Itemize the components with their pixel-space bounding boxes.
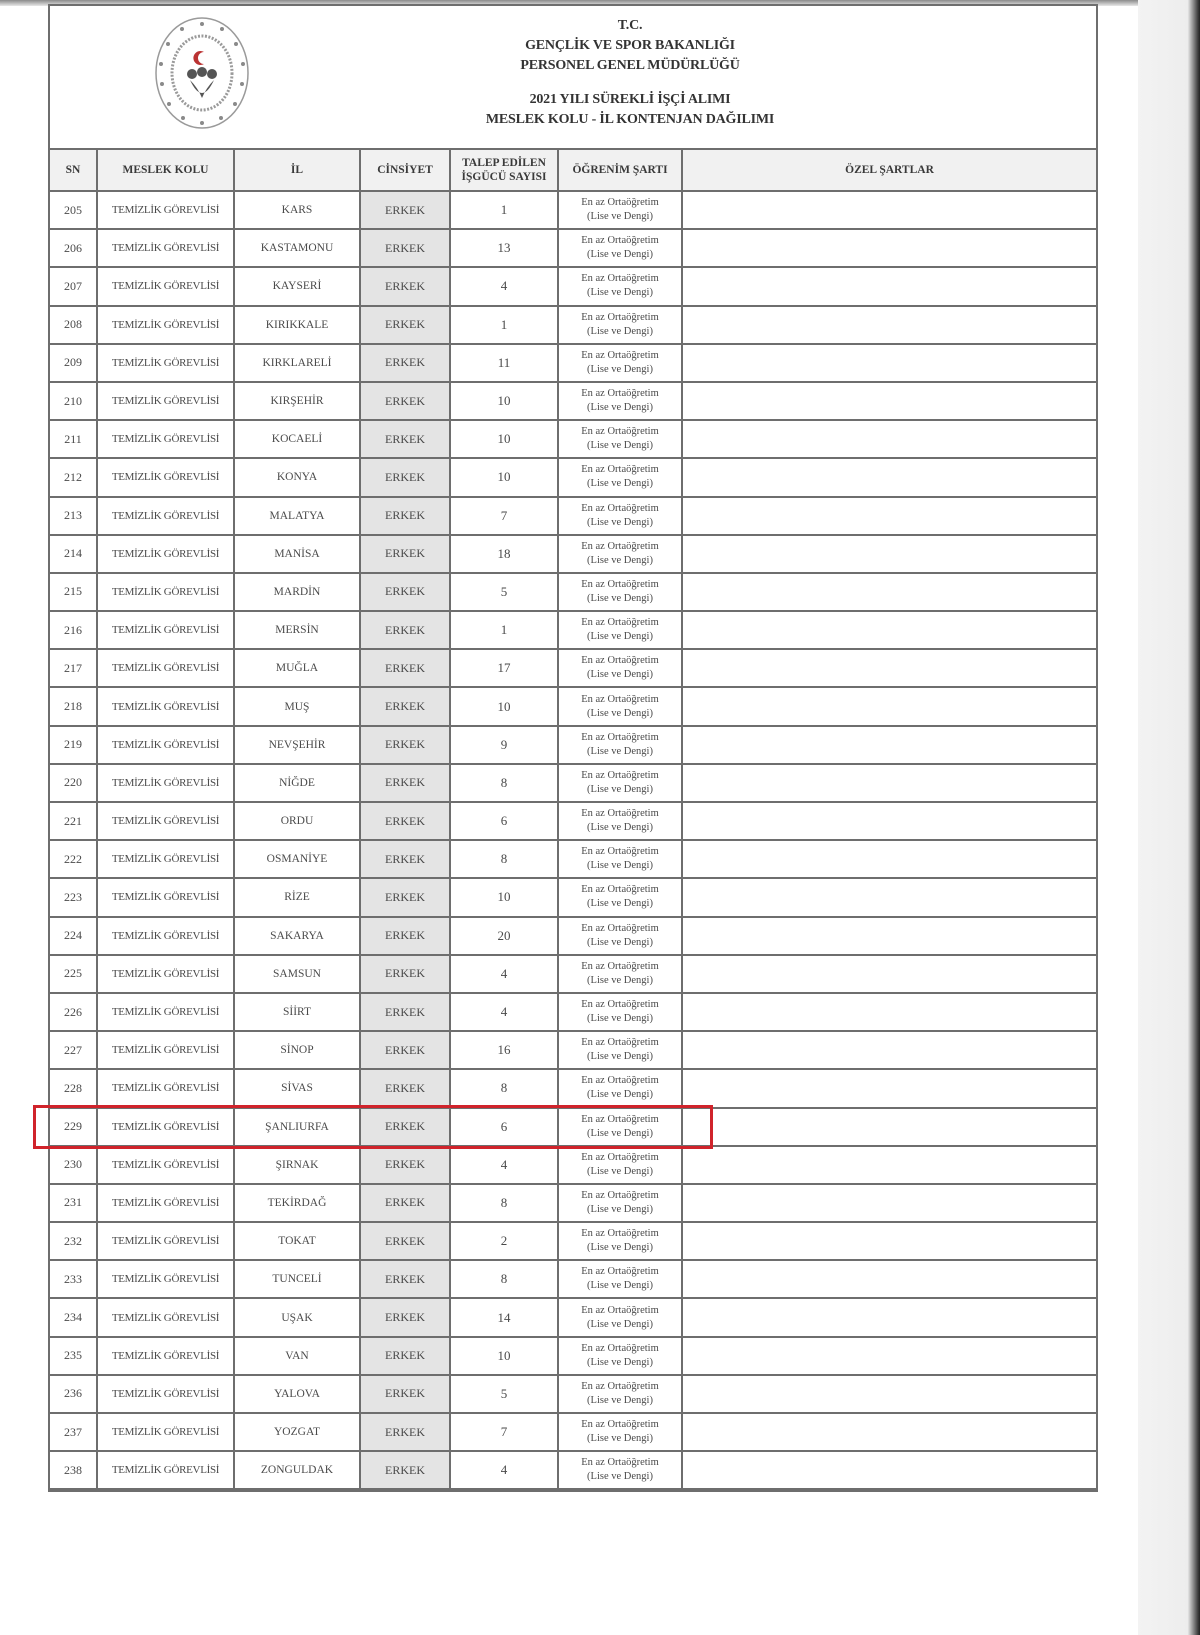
cell-meslek: TEMİZLİK GÖREVLİSİ	[97, 649, 234, 687]
cell-sn: 220	[50, 764, 97, 802]
cell-sn: 218	[50, 687, 97, 725]
cell-meslek: TEMİZLİK GÖREVLİSİ	[97, 191, 234, 229]
table-row: 231TEMİZLİK GÖREVLİSİTEKİRDAĞERKEK8En az…	[50, 1184, 1096, 1222]
cell-ogrenim: En az Ortaöğretim(Lise ve Dengi)	[558, 993, 682, 1031]
col-header-ogrenim: ÖĞRENİM ŞARTI	[558, 150, 682, 191]
cell-il: VAN	[234, 1337, 360, 1375]
cell-cinsiyet: ERKEK	[360, 687, 450, 725]
cell-talep: 20	[450, 917, 558, 955]
cell-ogrenim-line: En az Ortaöğretim	[559, 1113, 681, 1127]
cell-ogrenim-line: En az Ortaöğretim	[559, 1227, 681, 1241]
table-row: 234TEMİZLİK GÖREVLİSİUŞAKERKEK14En az Or…	[50, 1298, 1096, 1336]
cell-ozel	[682, 229, 1096, 267]
cell-ogrenim-line: (Lise ve Dengi)	[559, 821, 681, 835]
table-row: 217TEMİZLİK GÖREVLİSİMUĞLAERKEK17En az O…	[50, 649, 1096, 687]
cell-ozel	[682, 191, 1096, 229]
cell-ozel	[682, 764, 1096, 802]
cell-ozel	[682, 1298, 1096, 1336]
cell-ozel	[682, 1222, 1096, 1260]
cell-ogrenim: En az Ortaöğretim(Lise ve Dengi)	[558, 420, 682, 458]
cell-sn: 219	[50, 726, 97, 764]
cell-cinsiyet: ERKEK	[360, 1451, 450, 1489]
cell-ozel	[682, 1260, 1096, 1298]
cell-ogrenim: En az Ortaöğretim(Lise ve Dengi)	[558, 878, 682, 916]
cell-ogrenim: En az Ortaöğretim(Lise ve Dengi)	[558, 344, 682, 382]
cell-cinsiyet: ERKEK	[360, 802, 450, 840]
cell-ogrenim-line: En az Ortaöğretim	[559, 502, 681, 516]
ministry-seal-icon	[154, 16, 250, 130]
cell-ogrenim-line: (Lise ve Dengi)	[559, 363, 681, 377]
cell-ogrenim-line: (Lise ve Dengi)	[559, 707, 681, 721]
cell-meslek: TEMİZLİK GÖREVLİSİ	[97, 573, 234, 611]
cell-cinsiyet: ERKEK	[360, 840, 450, 878]
cell-ogrenim-line: (Lise ve Dengi)	[559, 783, 681, 797]
cell-ogrenim: En az Ortaöğretim(Lise ve Dengi)	[558, 267, 682, 305]
cell-ozel	[682, 726, 1096, 764]
cell-ozel	[682, 1337, 1096, 1375]
cell-meslek: TEMİZLİK GÖREVLİSİ	[97, 1069, 234, 1107]
cell-sn: 237	[50, 1413, 97, 1451]
cell-ogrenim-line: (Lise ve Dengi)	[559, 477, 681, 491]
cell-meslek: TEMİZLİK GÖREVLİSİ	[97, 1337, 234, 1375]
cell-talep: 7	[450, 1413, 558, 1451]
cell-ogrenim-line: (Lise ve Dengi)	[559, 974, 681, 988]
cell-ogrenim-line: En az Ortaöğretim	[559, 1265, 681, 1279]
col-header-ozel: ÖZEL ŞARTLAR	[682, 150, 1096, 191]
cell-ozel	[682, 382, 1096, 420]
header-line-directorate: PERSONEL GENEL MÜDÜRLÜĞÜ	[430, 56, 830, 76]
table-row: 218TEMİZLİK GÖREVLİSİMUŞERKEK10En az Ort…	[50, 687, 1096, 725]
cell-sn: 211	[50, 420, 97, 458]
cell-ogrenim-line: En az Ortaöğretim	[559, 960, 681, 974]
cell-sn: 212	[50, 458, 97, 496]
table-row: 216TEMİZLİK GÖREVLİSİMERSİNERKEK1En az O…	[50, 611, 1096, 649]
cell-ogrenim-line: (Lise ve Dengi)	[559, 859, 681, 873]
cell-ogrenim: En az Ortaöğretim(Lise ve Dengi)	[558, 1298, 682, 1336]
cell-ogrenim: En az Ortaöğretim(Lise ve Dengi)	[558, 649, 682, 687]
cell-talep: 13	[450, 229, 558, 267]
cell-ozel	[682, 1413, 1096, 1451]
cell-talep: 10	[450, 687, 558, 725]
cell-meslek: TEMİZLİK GÖREVLİSİ	[97, 267, 234, 305]
cell-il: KAYSERİ	[234, 267, 360, 305]
cell-talep: 17	[450, 649, 558, 687]
table-row: 228TEMİZLİK GÖREVLİSİSİVASERKEK8En az Or…	[50, 1069, 1096, 1107]
table-row: 211TEMİZLİK GÖREVLİSİKOCAELİERKEK10En az…	[50, 420, 1096, 458]
header-line-tc: T.C.	[430, 16, 830, 36]
cell-ogrenim-line: (Lise ve Dengi)	[559, 592, 681, 606]
cell-talep: 11	[450, 344, 558, 382]
cell-talep: 1	[450, 191, 558, 229]
cell-meslek: TEMİZLİK GÖREVLİSİ	[97, 1146, 234, 1184]
cell-talep: 4	[450, 267, 558, 305]
cell-ozel	[682, 993, 1096, 1031]
cell-cinsiyet: ERKEK	[360, 420, 450, 458]
cell-ogrenim-line: (Lise ve Dengi)	[559, 1165, 681, 1179]
cell-ozel	[682, 955, 1096, 993]
cell-il: ZONGULDAK	[234, 1451, 360, 1489]
cell-sn: 210	[50, 382, 97, 420]
cell-ogrenim-line: (Lise ve Dengi)	[559, 1088, 681, 1102]
cell-ozel	[682, 1031, 1096, 1069]
cell-sn: 213	[50, 497, 97, 535]
table-row: 207TEMİZLİK GÖREVLİSİKAYSERİERKEK4En az …	[50, 267, 1096, 305]
table-row: 215TEMİZLİK GÖREVLİSİMARDİNERKEK5En az O…	[50, 573, 1096, 611]
table-header-row: SN MESLEK KOLU İL CİNSİYET TALEP EDİLEN …	[50, 150, 1096, 191]
table-row: 236TEMİZLİK GÖREVLİSİYALOVAERKEK5En az O…	[50, 1375, 1096, 1413]
cell-ogrenim: En az Ortaöğretim(Lise ve Dengi)	[558, 1337, 682, 1375]
cell-talep: 7	[450, 497, 558, 535]
cell-il: KONYA	[234, 458, 360, 496]
cell-ogrenim-line: (Lise ve Dengi)	[559, 554, 681, 568]
cell-sn: 225	[50, 955, 97, 993]
cell-ogrenim-line: (Lise ve Dengi)	[559, 1318, 681, 1332]
cell-ogrenim: En az Ortaöğretim(Lise ve Dengi)	[558, 382, 682, 420]
cell-meslek: TEMİZLİK GÖREVLİSİ	[97, 1260, 234, 1298]
cell-sn: 233	[50, 1260, 97, 1298]
cell-ogrenim-line: (Lise ve Dengi)	[559, 1127, 681, 1141]
cell-ogrenim-line: En az Ortaöğretim	[559, 272, 681, 286]
cell-ogrenim: En az Ortaöğretim(Lise ve Dengi)	[558, 458, 682, 496]
cell-talep: 8	[450, 840, 558, 878]
cell-talep: 6	[450, 1108, 558, 1146]
cell-sn: 224	[50, 917, 97, 955]
cell-sn: 217	[50, 649, 97, 687]
cell-il: MANİSA	[234, 535, 360, 573]
cell-ogrenim: En az Ortaöğretim(Lise ve Dengi)	[558, 573, 682, 611]
cell-il: KOCAELİ	[234, 420, 360, 458]
cell-ogrenim: En az Ortaöğretim(Lise ve Dengi)	[558, 1222, 682, 1260]
cell-sn: 226	[50, 993, 97, 1031]
cell-ogrenim: En az Ortaöğretim(Lise ve Dengi)	[558, 1375, 682, 1413]
cell-cinsiyet: ERKEK	[360, 1184, 450, 1222]
table-row: 224TEMİZLİK GÖREVLİSİSAKARYAERKEK20En az…	[50, 917, 1096, 955]
cell-ozel	[682, 1108, 1096, 1146]
cell-ozel	[682, 458, 1096, 496]
cell-meslek: TEMİZLİK GÖREVLİSİ	[97, 382, 234, 420]
cell-ogrenim: En az Ortaöğretim(Lise ve Dengi)	[558, 1260, 682, 1298]
cell-sn: 231	[50, 1184, 97, 1222]
cell-il: NİĞDE	[234, 764, 360, 802]
cell-talep: 9	[450, 726, 558, 764]
header-line-ministry: GENÇLİK VE SPOR BAKANLIĞI	[430, 36, 830, 56]
cell-ozel	[682, 1069, 1096, 1107]
cell-meslek: TEMİZLİK GÖREVLİSİ	[97, 611, 234, 649]
cell-ogrenim-line: (Lise ve Dengi)	[559, 668, 681, 682]
quota-table: SN MESLEK KOLU İL CİNSİYET TALEP EDİLEN …	[50, 150, 1096, 1490]
cell-sn: 235	[50, 1337, 97, 1375]
cell-talep: 2	[450, 1222, 558, 1260]
cell-ozel	[682, 1184, 1096, 1222]
cell-ogrenim-line: (Lise ve Dengi)	[559, 401, 681, 415]
cell-ogrenim-line: (Lise ve Dengi)	[559, 1356, 681, 1370]
document-page: T.C. GENÇLİK VE SPOR BAKANLIĞI PERSONEL …	[48, 4, 1098, 1492]
cell-ozel	[682, 267, 1096, 305]
table-row: 214TEMİZLİK GÖREVLİSİMANİSAERKEK18En az …	[50, 535, 1096, 573]
cell-ogrenim: En az Ortaöğretim(Lise ve Dengi)	[558, 1069, 682, 1107]
col-header-talep-line1: TALEP EDİLEN	[451, 156, 557, 170]
cell-meslek: TEMİZLİK GÖREVLİSİ	[97, 955, 234, 993]
cell-il: TUNCELİ	[234, 1260, 360, 1298]
cell-il: KIRKLARELİ	[234, 344, 360, 382]
cell-ogrenim-line: (Lise ve Dengi)	[559, 210, 681, 224]
document-header: T.C. GENÇLİK VE SPOR BAKANLIĞI PERSONEL …	[50, 6, 1096, 150]
cell-ogrenim: En az Ortaöğretim(Lise ve Dengi)	[558, 840, 682, 878]
cell-il: MALATYA	[234, 497, 360, 535]
cell-ogrenim-line: (Lise ve Dengi)	[559, 439, 681, 453]
cell-meslek: TEMİZLİK GÖREVLİSİ	[97, 344, 234, 382]
cell-cinsiyet: ERKEK	[360, 955, 450, 993]
cell-il: UŞAK	[234, 1298, 360, 1336]
cell-ozel	[682, 878, 1096, 916]
table-row: 222TEMİZLİK GÖREVLİSİOSMANİYEERKEK8En az…	[50, 840, 1096, 878]
cell-ogrenim: En az Ortaöğretim(Lise ve Dengi)	[558, 1451, 682, 1489]
cell-ogrenim-line: En az Ortaöğretim	[559, 807, 681, 821]
cell-sn: 228	[50, 1069, 97, 1107]
cell-cinsiyet: ERKEK	[360, 344, 450, 382]
cell-ogrenim: En az Ortaöğretim(Lise ve Dengi)	[558, 1413, 682, 1451]
cell-sn: 205	[50, 191, 97, 229]
cell-sn: 227	[50, 1031, 97, 1069]
cell-ogrenim-line: En az Ortaöğretim	[559, 463, 681, 477]
cell-ozel	[682, 917, 1096, 955]
cell-ogrenim-line: (Lise ve Dengi)	[559, 1241, 681, 1255]
cell-cinsiyet: ERKEK	[360, 497, 450, 535]
cell-ogrenim-line: En az Ortaöğretim	[559, 1456, 681, 1470]
cell-ogrenim-line: (Lise ve Dengi)	[559, 248, 681, 262]
cell-ogrenim: En az Ortaöğretim(Lise ve Dengi)	[558, 1031, 682, 1069]
cell-il: SİİRT	[234, 993, 360, 1031]
cell-ogrenim-line: En az Ortaöğretim	[559, 731, 681, 745]
cell-ozel	[682, 1146, 1096, 1184]
cell-meslek: TEMİZLİK GÖREVLİSİ	[97, 1375, 234, 1413]
cell-talep: 10	[450, 420, 558, 458]
cell-meslek: TEMİZLİK GÖREVLİSİ	[97, 726, 234, 764]
table-row: 232TEMİZLİK GÖREVLİSİTOKATERKEK2En az Or…	[50, 1222, 1096, 1260]
cell-talep: 1	[450, 611, 558, 649]
cell-talep: 8	[450, 1184, 558, 1222]
cell-sn: 223	[50, 878, 97, 916]
table-row: 209TEMİZLİK GÖREVLİSİKIRKLARELİERKEK11En…	[50, 344, 1096, 382]
cell-sn: 221	[50, 802, 97, 840]
cell-talep: 8	[450, 1260, 558, 1298]
cell-cinsiyet: ERKEK	[360, 1298, 450, 1336]
cell-sn: 214	[50, 535, 97, 573]
cell-cinsiyet: ERKEK	[360, 573, 450, 611]
cell-il: MARDİN	[234, 573, 360, 611]
cell-ogrenim: En az Ortaöğretim(Lise ve Dengi)	[558, 497, 682, 535]
table-body: 205TEMİZLİK GÖREVLİSİKARSERKEK1En az Ort…	[50, 191, 1096, 1489]
cell-il: MUĞLA	[234, 649, 360, 687]
cell-sn: 206	[50, 229, 97, 267]
table-row: 233TEMİZLİK GÖREVLİSİTUNCELİERKEK8En az …	[50, 1260, 1096, 1298]
col-header-talep: TALEP EDİLEN İŞGÜCÜ SAYISI	[450, 150, 558, 191]
cell-il: OSMANİYE	[234, 840, 360, 878]
cell-ogrenim-line: En az Ortaöğretim	[559, 540, 681, 554]
cell-ogrenim-line: En az Ortaöğretim	[559, 234, 681, 248]
cell-ozel	[682, 1451, 1096, 1489]
cell-meslek: TEMİZLİK GÖREVLİSİ	[97, 458, 234, 496]
cell-ogrenim-line: En az Ortaöğretim	[559, 769, 681, 783]
table-row: 213TEMİZLİK GÖREVLİSİMALATYAERKEK7En az …	[50, 497, 1096, 535]
cell-ogrenim-line: En az Ortaöğretim	[559, 693, 681, 707]
cell-ogrenim-line: En az Ortaöğretim	[559, 311, 681, 325]
cell-ogrenim-line: En az Ortaöğretim	[559, 922, 681, 936]
cell-talep: 16	[450, 1031, 558, 1069]
table-row: 221TEMİZLİK GÖREVLİSİORDUERKEK6En az Ort…	[50, 802, 1096, 840]
cell-sn: 230	[50, 1146, 97, 1184]
cell-il: SİVAS	[234, 1069, 360, 1107]
cell-il: SAMSUN	[234, 955, 360, 993]
cell-ogrenim-line: En az Ortaöğretim	[559, 1342, 681, 1356]
cell-meslek: TEMİZLİK GÖREVLİSİ	[97, 764, 234, 802]
col-header-talep-line2: İŞGÜCÜ SAYISI	[451, 170, 557, 184]
cell-cinsiyet: ERKEK	[360, 458, 450, 496]
cell-talep: 5	[450, 1375, 558, 1413]
cell-ogrenim: En az Ortaöğretim(Lise ve Dengi)	[558, 1108, 682, 1146]
cell-ogrenim-line: (Lise ve Dengi)	[559, 1279, 681, 1293]
cell-cinsiyet: ERKEK	[360, 1146, 450, 1184]
cell-talep: 4	[450, 1146, 558, 1184]
table-row-highlighted: 229TEMİZLİK GÖREVLİSİŞANLIURFAERKEK6En a…	[50, 1108, 1096, 1146]
cell-ozel	[682, 1375, 1096, 1413]
table-row: 205TEMİZLİK GÖREVLİSİKARSERKEK1En az Ort…	[50, 191, 1096, 229]
cell-ogrenim-line: (Lise ve Dengi)	[559, 630, 681, 644]
cell-talep: 8	[450, 764, 558, 802]
cell-ogrenim-line: (Lise ve Dengi)	[559, 745, 681, 759]
cell-il: TEKİRDAĞ	[234, 1184, 360, 1222]
cell-il: MERSİN	[234, 611, 360, 649]
cell-ogrenim-line: En az Ortaöğretim	[559, 654, 681, 668]
cell-talep: 6	[450, 802, 558, 840]
cell-ogrenim: En az Ortaöğretim(Lise ve Dengi)	[558, 611, 682, 649]
cell-ogrenim-line: En az Ortaöğretim	[559, 387, 681, 401]
cell-meslek: TEMİZLİK GÖREVLİSİ	[97, 535, 234, 573]
cell-meslek: TEMİZLİK GÖREVLİSİ	[97, 1298, 234, 1336]
cell-ogrenim-line: En az Ortaöğretim	[559, 616, 681, 630]
cell-il: MUŞ	[234, 687, 360, 725]
table-row: 237TEMİZLİK GÖREVLİSİYOZGATERKEK7En az O…	[50, 1413, 1096, 1451]
col-header-cinsiyet: CİNSİYET	[360, 150, 450, 191]
cell-talep: 10	[450, 878, 558, 916]
cell-meslek: TEMİZLİK GÖREVLİSİ	[97, 1108, 234, 1146]
cell-sn: 207	[50, 267, 97, 305]
cell-il: NEVŞEHİR	[234, 726, 360, 764]
cell-cinsiyet: ERKEK	[360, 1069, 450, 1107]
cell-meslek: TEMİZLİK GÖREVLİSİ	[97, 687, 234, 725]
table-row: 226TEMİZLİK GÖREVLİSİSİİRTERKEK4En az Or…	[50, 993, 1096, 1031]
cell-ogrenim: En az Ortaöğretim(Lise ve Dengi)	[558, 1184, 682, 1222]
cell-meslek: TEMİZLİK GÖREVLİSİ	[97, 993, 234, 1031]
table-row: 210TEMİZLİK GÖREVLİSİKIRŞEHİRERKEK10En a…	[50, 382, 1096, 420]
cell-ozel	[682, 306, 1096, 344]
cell-ozel	[682, 802, 1096, 840]
cell-meslek: TEMİZLİK GÖREVLİSİ	[97, 1413, 234, 1451]
cell-cinsiyet: ERKEK	[360, 1108, 450, 1146]
cell-il: KIRIKKALE	[234, 306, 360, 344]
cell-cinsiyet: ERKEK	[360, 535, 450, 573]
col-header-meslek: MESLEK KOLU	[97, 150, 234, 191]
cell-ogrenim: En az Ortaöğretim(Lise ve Dengi)	[558, 191, 682, 229]
cell-il: KIRŞEHİR	[234, 382, 360, 420]
cell-talep: 1	[450, 306, 558, 344]
cell-talep: 14	[450, 1298, 558, 1336]
table-row: 220TEMİZLİK GÖREVLİSİNİĞDEERKEK8En az Or…	[50, 764, 1096, 802]
cell-ogrenim: En az Ortaöğretim(Lise ve Dengi)	[558, 764, 682, 802]
cell-ogrenim: En az Ortaöğretim(Lise ve Dengi)	[558, 535, 682, 573]
cell-sn: 238	[50, 1451, 97, 1489]
cell-ogrenim-line: (Lise ve Dengi)	[559, 516, 681, 530]
cell-ozel	[682, 497, 1096, 535]
cell-sn: 232	[50, 1222, 97, 1260]
cell-ogrenim-line: En az Ortaöğretim	[559, 845, 681, 859]
cell-il: KARS	[234, 191, 360, 229]
cell-il: YALOVA	[234, 1375, 360, 1413]
cell-ogrenim-line: En az Ortaöğretim	[559, 349, 681, 363]
cell-ogrenim-line: En az Ortaöğretim	[559, 998, 681, 1012]
cell-ozel	[682, 649, 1096, 687]
cell-meslek: TEMİZLİK GÖREVLİSİ	[97, 420, 234, 458]
table-row: 208TEMİZLİK GÖREVLİSİKIRIKKALEERKEK1En a…	[50, 306, 1096, 344]
cell-meslek: TEMİZLİK GÖREVLİSİ	[97, 1222, 234, 1260]
cell-ogrenim: En az Ortaöğretim(Lise ve Dengi)	[558, 687, 682, 725]
cell-ogrenim-line: En az Ortaöğretim	[559, 1074, 681, 1088]
cell-meslek: TEMİZLİK GÖREVLİSİ	[97, 1031, 234, 1069]
cell-ogrenim-line: En az Ortaöğretim	[559, 883, 681, 897]
cell-sn: 222	[50, 840, 97, 878]
cell-cinsiyet: ERKEK	[360, 726, 450, 764]
cell-ogrenim-line: (Lise ve Dengi)	[559, 897, 681, 911]
cell-ogrenim-line: En az Ortaöğretim	[559, 578, 681, 592]
cell-ogrenim: En az Ortaöğretim(Lise ve Dengi)	[558, 1146, 682, 1184]
cell-talep: 4	[450, 993, 558, 1031]
cell-meslek: TEMİZLİK GÖREVLİSİ	[97, 802, 234, 840]
cell-cinsiyet: ERKEK	[360, 306, 450, 344]
cell-meslek: TEMİZLİK GÖREVLİSİ	[97, 878, 234, 916]
cell-ozel	[682, 344, 1096, 382]
cell-ogrenim-line: (Lise ve Dengi)	[559, 1203, 681, 1217]
cell-meslek: TEMİZLİK GÖREVLİSİ	[97, 1184, 234, 1222]
cell-cinsiyet: ERKEK	[360, 764, 450, 802]
cell-cinsiyet: ERKEK	[360, 878, 450, 916]
cell-meslek: TEMİZLİK GÖREVLİSİ	[97, 306, 234, 344]
cell-il: ORDU	[234, 802, 360, 840]
cell-ogrenim-line: En az Ortaöğretim	[559, 425, 681, 439]
cell-cinsiyet: ERKEK	[360, 611, 450, 649]
cell-cinsiyet: ERKEK	[360, 649, 450, 687]
cell-il: YOZGAT	[234, 1413, 360, 1451]
cell-ogrenim: En az Ortaöğretim(Lise ve Dengi)	[558, 726, 682, 764]
cell-cinsiyet: ERKEK	[360, 382, 450, 420]
cell-ogrenim: En az Ortaöğretim(Lise ve Dengi)	[558, 306, 682, 344]
cell-cinsiyet: ERKEK	[360, 1375, 450, 1413]
cell-ogrenim-line: (Lise ve Dengi)	[559, 1012, 681, 1026]
cell-talep: 4	[450, 955, 558, 993]
cell-ogrenim-line: En az Ortaöğretim	[559, 1380, 681, 1394]
cell-meslek: TEMİZLİK GÖREVLİSİ	[97, 497, 234, 535]
cell-sn: 208	[50, 306, 97, 344]
cell-cinsiyet: ERKEK	[360, 1337, 450, 1375]
cell-cinsiyet: ERKEK	[360, 191, 450, 229]
cell-ogrenim-line: En az Ortaöğretim	[559, 196, 681, 210]
cell-il: ŞIRNAK	[234, 1146, 360, 1184]
title-line-2: MESLEK KOLU - İL KONTENJAN DAĞILIMI	[430, 110, 830, 130]
cell-cinsiyet: ERKEK	[360, 917, 450, 955]
cell-sn: 236	[50, 1375, 97, 1413]
cell-cinsiyet: ERKEK	[360, 229, 450, 267]
cell-meslek: TEMİZLİK GÖREVLİSİ	[97, 840, 234, 878]
cell-ogrenim-line: En az Ortaöğretim	[559, 1036, 681, 1050]
